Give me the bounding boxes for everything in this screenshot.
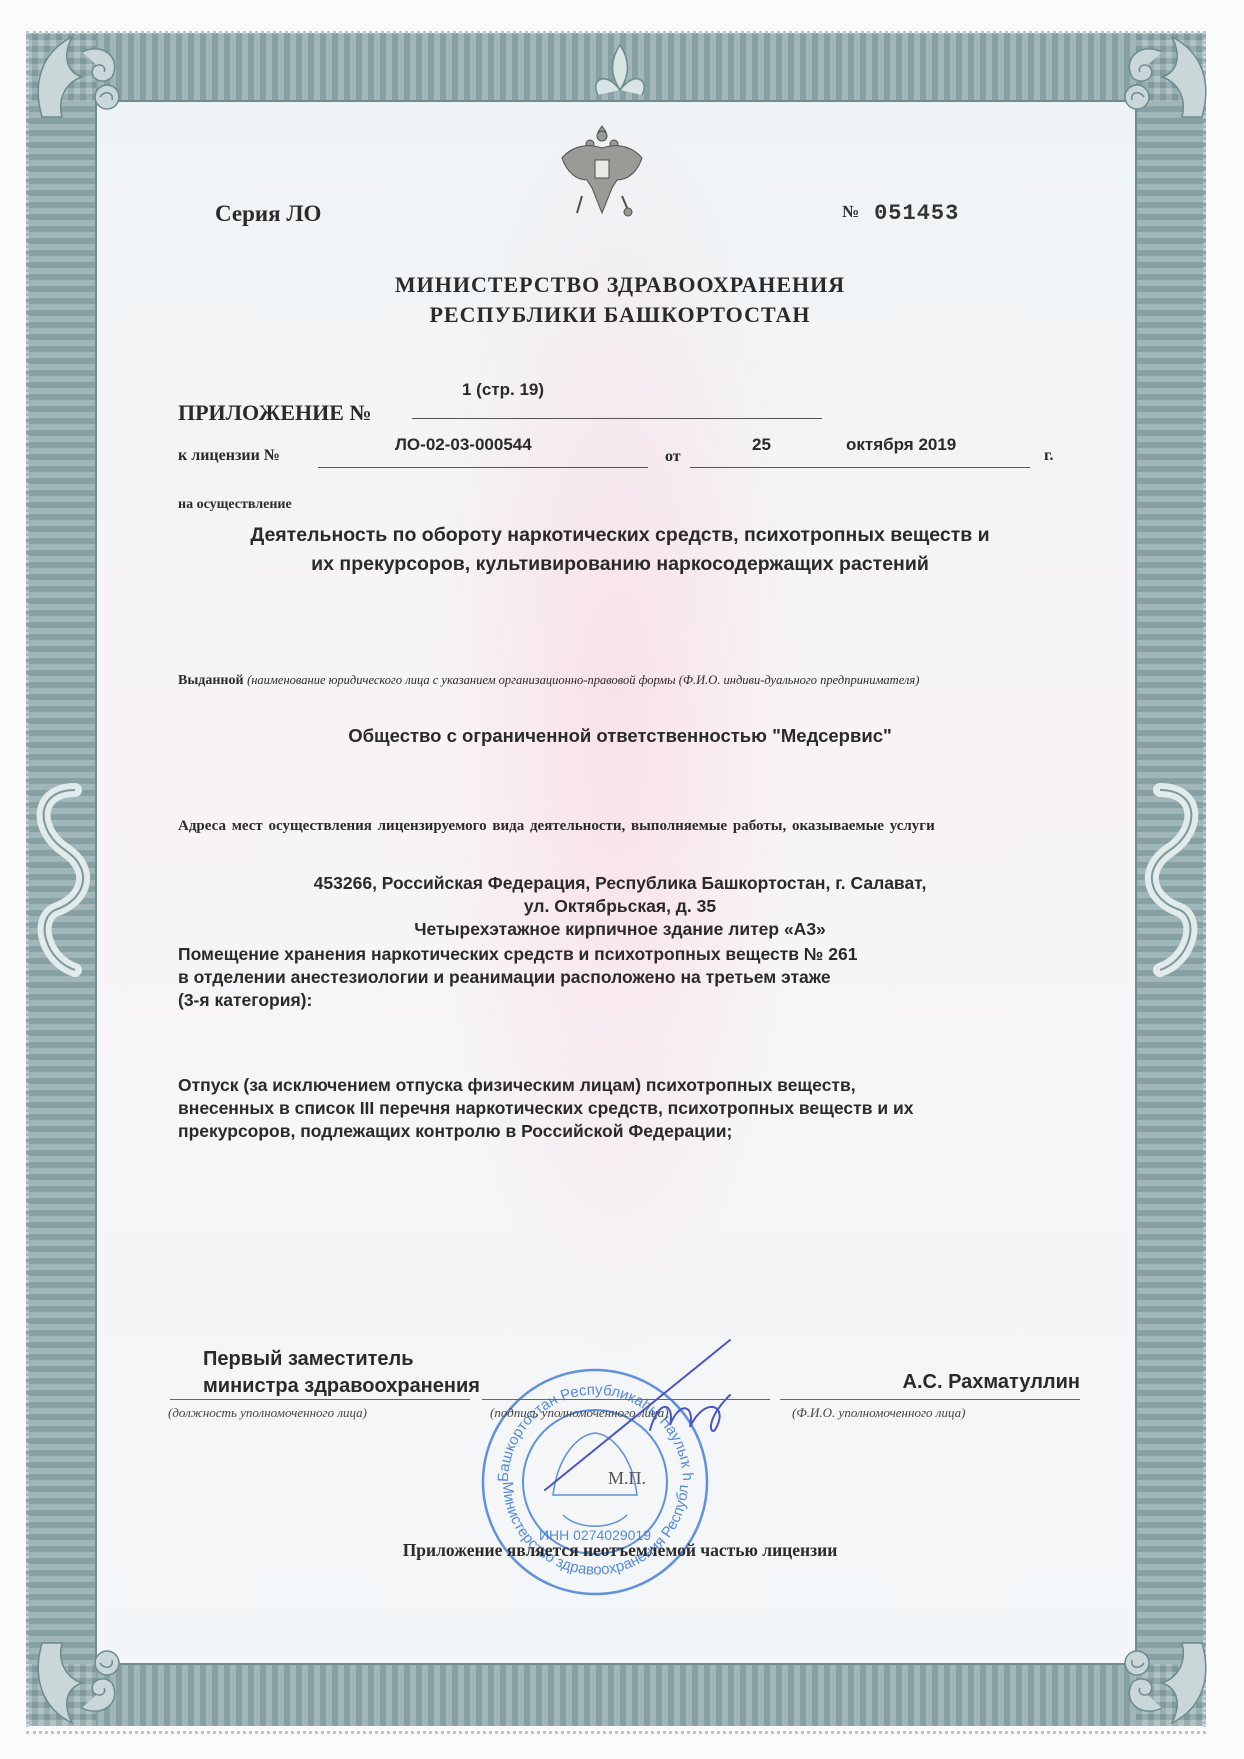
fleur-de-lis-ornament-icon (580, 40, 660, 110)
ministry-title-line1: МИНИСТЕРСТВО ЗДРАВООХРАНЕНИЯ (250, 270, 990, 300)
date-underline (690, 467, 1030, 468)
frame-band-bottom (26, 1664, 1206, 1726)
address-line2: ул. Октябрьская, д. 35 (170, 895, 1070, 918)
license-underline (318, 467, 648, 468)
address-line3: Четырехэтажное кирпичное здание литер «А… (170, 918, 1070, 941)
annex-underline (412, 418, 822, 419)
number-sign: № (842, 202, 860, 221)
acanthus-corner-ornament-icon (22, 22, 132, 132)
issued-hint: (наименование юридического лица с указан… (247, 673, 919, 687)
caption-position: (должность уполномоченного лица) (168, 1405, 367, 1421)
address-block: 453266, Российская Федерация, Республика… (170, 872, 1070, 941)
acanthus-corner-ornament-icon (1112, 22, 1222, 132)
license-date-day: 25 (752, 435, 771, 455)
license-date-month-year: октября 2019 (846, 435, 956, 455)
annex-label: ПРИЛОЖЕНИЕ № (178, 400, 372, 426)
footer-note: Приложение является неотъемлемой частью … (200, 1540, 1040, 1561)
acanthus-corner-ornament-icon (22, 1628, 132, 1738)
license-number: ЛО-02-03-000544 (395, 435, 532, 455)
scroll-side-ornament-icon (1130, 770, 1210, 990)
document-number: №051453 (842, 201, 959, 226)
position-underline (170, 1399, 470, 1400)
signer-position-line2: министра здравоохранения (203, 1373, 480, 1400)
ministry-title-line2: РЕСПУБЛИКИ БАШКОРТОСТАН (250, 300, 990, 330)
licensed-activity: Деятельность по обороту наркотических ср… (170, 521, 1070, 579)
premises-line3: (3-я категория): (178, 989, 1078, 1012)
service-line1: Отпуск (за исключением отпуска физически… (178, 1074, 1078, 1097)
issued-label: Выданной (178, 673, 244, 688)
issued-to-label: Выданной (наименование юридического лица… (178, 670, 1078, 691)
number-value: 051453 (874, 201, 959, 226)
signer-position-line1: Первый заместитель (203, 1346, 480, 1373)
premises-block: Помещение хранения наркотических средств… (178, 943, 1078, 1012)
address-line1: 453266, Российская Федерация, Республика… (170, 872, 1070, 895)
services-block: Отпуск (за исключением отпуска физически… (178, 1074, 1078, 1143)
name-underline (780, 1399, 1080, 1400)
acanthus-corner-ornament-icon (1112, 1628, 1222, 1738)
year-suffix: г. (1044, 447, 1053, 465)
ministry-title: МИНИСТЕРСТВО ЗДРАВООХРАНЕНИЯ РЕСПУБЛИКИ … (250, 270, 990, 330)
premises-line2: в отделении анестезиологии и реанимации … (178, 966, 1078, 989)
activity-line1: Деятельность по обороту наркотических ср… (170, 521, 1070, 550)
annex-value: 1 (стр. 19) (462, 380, 544, 400)
russian-coat-of-arms-icon (552, 118, 652, 228)
premises-line1: Помещение хранения наркотических средств… (178, 943, 1078, 966)
from-label: от (665, 448, 681, 466)
organization-name: Общество с ограниченной ответственностью… (170, 725, 1070, 747)
signer-name: А.С. Рахматуллин (800, 1371, 1080, 1394)
for-label: на осуществление (178, 497, 292, 513)
scroll-side-ornament-icon (25, 770, 105, 990)
series-label: Серия ЛО (215, 201, 321, 227)
seal-place-mark: М.П. (608, 1468, 646, 1489)
service-line3: прекурсоров, подлежащих контролю в Росси… (178, 1120, 1078, 1143)
activity-line2: их прекурсоров, культивированию наркосод… (170, 550, 1070, 579)
frame-inner-line-bottom (96, 1663, 1136, 1665)
license-label: к лицензии № (178, 447, 280, 465)
address-label: Адреса мест осуществления лицензируемого… (178, 815, 1078, 837)
service-line2: внесенных в список III перечня наркотиче… (178, 1097, 1078, 1120)
caption-name: (Ф.И.О. уполномоченного лица) (792, 1405, 965, 1421)
signer-position: Первый заместитель министра здравоохране… (203, 1346, 480, 1400)
